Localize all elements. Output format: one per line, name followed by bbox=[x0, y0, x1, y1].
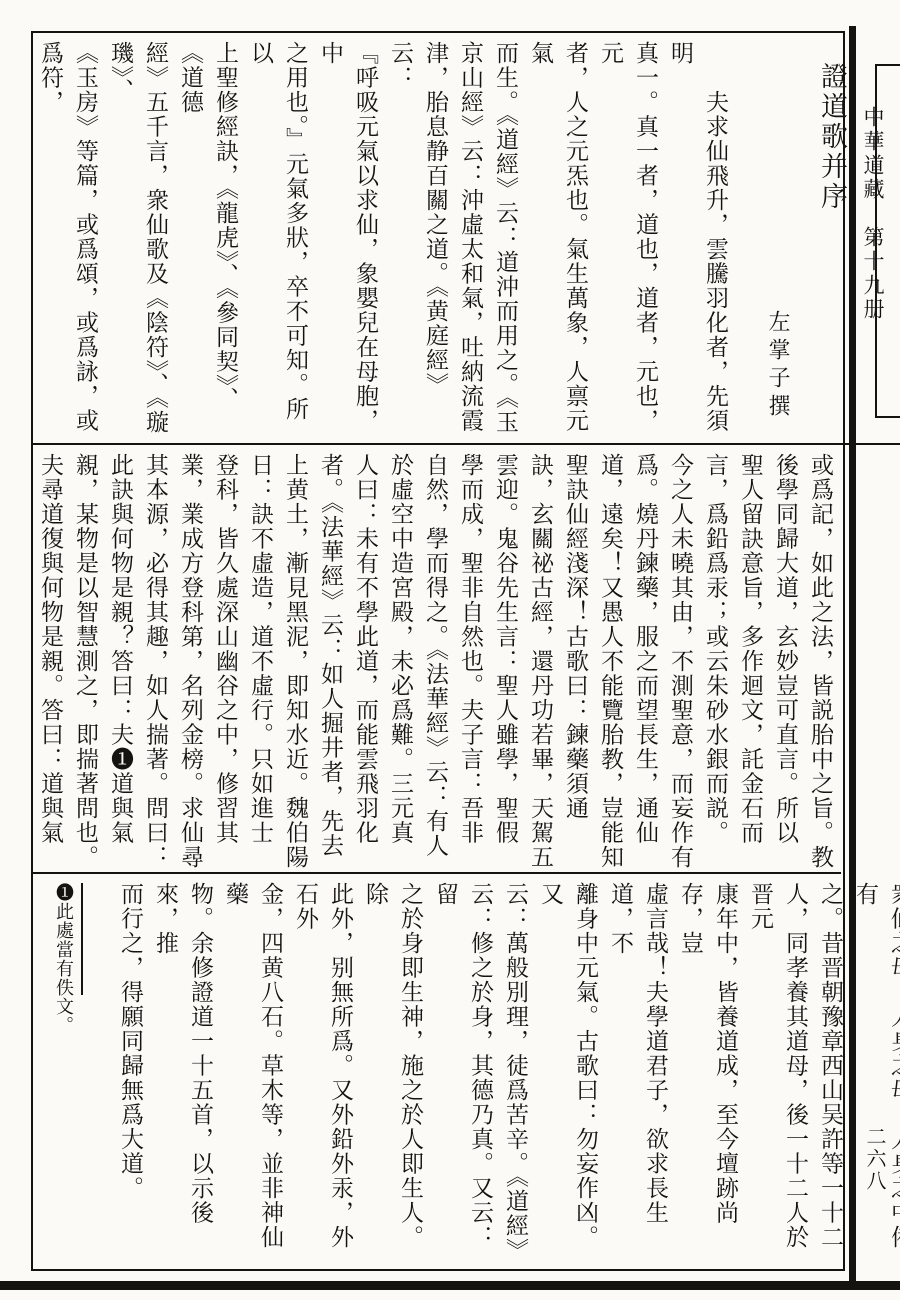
text-column: 而行之，得願同歸無爲大道。 bbox=[113, 879, 148, 1265]
volume-label: 中華道藏 第十九册 bbox=[858, 106, 888, 322]
text-column: 云：修之於身，其德乃真。又云：留 bbox=[428, 879, 498, 1265]
bottom-band: 親，且魚以水爲命，魚出水而死；人以氣爲命，氣竭人亡。氣是人之母，人是道之子。《西… bbox=[33, 874, 900, 1267]
text-column: 上黄土，漸見黑泥，即知水近。魏伯陽 bbox=[278, 450, 313, 870]
footnote: ❶此處當有佚文。 bbox=[47, 879, 81, 1265]
colophon-column: 處：《正統道藏》太玄部。 bbox=[886, 78, 900, 404]
text-column: 津，胎息静百關之道。《黄庭經》云： bbox=[383, 38, 453, 441]
text-column: 之用也。』元氣多狀，卒不可知。所以 bbox=[243, 38, 313, 441]
text-column: 夫求仙飛升，雲騰羽化者，先須明 bbox=[663, 38, 733, 441]
byline: 左掌子撰 bbox=[757, 38, 799, 441]
text-columns: 親，且魚以水爲命，魚出水而死；人以氣爲命，氣竭人亡。氣是人之母，人是道之子。《西… bbox=[113, 879, 900, 1265]
header-band: 051 證道歌 經名：證道歌。左掌子撰，疑出于北宋以前。一卷。底本出處：《正統道… bbox=[33, 33, 900, 445]
document-page: 051 證道歌 經名：證道歌。左掌子撰，疑出于北宋以前。一卷。底本出處：《正統道… bbox=[0, 0, 900, 1300]
text-column: 京山經》云：沖虛太和氣，吐納流霞 bbox=[453, 38, 488, 441]
text-column: 而生。《道經》云：道沖而用之。《玉 bbox=[488, 38, 523, 441]
right-rule bbox=[849, 26, 856, 1284]
text-column: 日：訣不虛造，道不虛行。只如進士 bbox=[243, 450, 278, 870]
text-column: 自然，學而得之。《法華經》云：有人 bbox=[418, 450, 453, 870]
text-column: 親，某物是以智慧測之，即揣著問也。 bbox=[68, 450, 103, 870]
text-column: 『呼吸元氣以求仙，象嬰兒在母胞，中 bbox=[313, 38, 383, 441]
text-column: 業，業成方登科第，名列金榜。求仙尋 bbox=[173, 450, 208, 870]
text-column: 登科，皆久處深山幽谷之中，修習其 bbox=[208, 450, 243, 870]
text-column: 人曰：未有不學此道，而能雲飛羽化 bbox=[348, 450, 383, 870]
text-column: 經》五千言，衆仙歌及《陰符》、《璇璣》、 bbox=[103, 38, 173, 441]
text-column: 此外，别無所爲。又外鉛外汞，外石外 bbox=[288, 879, 358, 1265]
text-columns: 夫求仙飛升，雲騰羽化者，先須明真一。真一者，道也，道者，元也，元者，人之元炁也。… bbox=[33, 38, 733, 441]
text-column: 《玉房》等篇，或爲頌，或爲詠，或爲符， bbox=[33, 38, 103, 441]
text-column: 者。《法華經》云：如人掘井者，先去 bbox=[313, 450, 348, 870]
text-column: 其本源，必得其趣，如人揣著。問曰： bbox=[138, 450, 173, 870]
text-column: 雲迎。鬼谷先生言：聖人雖學，聖假 bbox=[488, 450, 523, 870]
page-frame: 051 證道歌 經名：證道歌。左掌子撰，疑出于北宋以前。一卷。底本出處：《正統道… bbox=[31, 31, 845, 1271]
text-column: 爲。燒丹鍊藥，服之而望長生，通仙 bbox=[628, 450, 663, 870]
text-column: 之於身即生神，施之於人即生人。除 bbox=[358, 879, 428, 1265]
bottom-rule bbox=[0, 1281, 900, 1290]
text-column: 聖訣仙經淺深！古歌曰：鍊藥須通 bbox=[558, 450, 593, 870]
text-column: 訣，玄關祕古經，還丹功若畢，天駕五 bbox=[523, 450, 558, 870]
page-number: 二六八 bbox=[860, 1126, 889, 1192]
text-column: 聖人留訣意旨，多作迴文，託金石而 bbox=[733, 450, 768, 870]
text-column: 言，爲鉛爲汞；或云朱砂水銀而説。 bbox=[698, 450, 733, 870]
text-column: 今之人未曉其由，不測聖意，而妄作有 bbox=[663, 450, 698, 870]
text-column: 此訣與何物是親？答曰：夫❶道與氣 bbox=[103, 450, 138, 870]
text-column: 物。余修證道一十五首，以示後來，推 bbox=[148, 879, 218, 1265]
footnote-separator bbox=[81, 883, 83, 995]
text-column: 離身中元氣。古歌曰：勿妄作凶。又 bbox=[533, 879, 603, 1265]
text-column: 者，人之元炁也。氣生萬象，人禀元氣 bbox=[523, 38, 593, 441]
text-column: 真一。真一者，道也，道者，元也，元 bbox=[593, 38, 663, 441]
text-column: 之。昔晋朝豫章西山吴許等一十二 bbox=[813, 879, 848, 1265]
text-column: 於虛空中造宮殿，未必爲難。三元真 bbox=[383, 450, 418, 870]
middle-band: 或爲記，如此之法，皆説胎中之旨。教後學同歸大道，玄妙豈可直言。所以聖人留訣意旨，… bbox=[33, 445, 841, 874]
text-column: 夫尋道復與何物是親。答曰：道與氣 bbox=[33, 450, 68, 870]
text-column: 學而成，聖非自然也。夫子言：吾非 bbox=[453, 450, 488, 870]
text-column: 人，同孝養其道母，後一十二人於晋元 bbox=[743, 879, 813, 1265]
text-column: 云：萬般別理，徒爲苦辛。《道經》 bbox=[498, 879, 533, 1265]
text-column: 金，四黄八石。草木等，並非神仙藥 bbox=[218, 879, 288, 1265]
text-column: 後學同歸大道，玄妙豈可直言。所以 bbox=[768, 450, 803, 870]
text-column: 虛言哉！夫學道君子，欲求長生道，不 bbox=[603, 879, 673, 1265]
text-column: 或爲記，如此之法，皆説胎中之旨。教 bbox=[803, 450, 838, 870]
text-column: 道，遠矣！又愚人不能覽胎教，豈能知 bbox=[593, 450, 628, 870]
text-columns: 或爲記，如此之法，皆説胎中之旨。教後學同歸大道，玄妙豈可直言。所以聖人留訣意旨，… bbox=[33, 450, 838, 870]
text-column: 上聖修經訣，《龍虎》、《參同契》、《道德 bbox=[173, 38, 243, 441]
text-column: 康年中，皆養道成，至今壇跡尚存，豈 bbox=[673, 879, 743, 1265]
